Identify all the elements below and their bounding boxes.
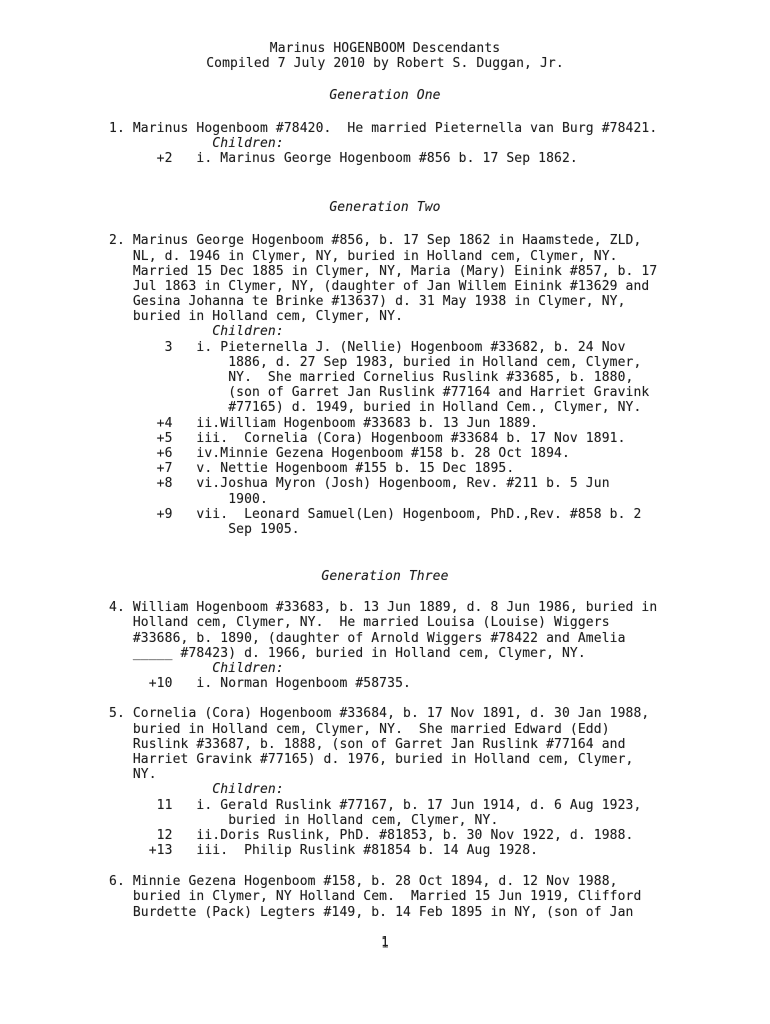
descendant-entry-block: 5. Cornelia (Cora) Hogenboom #33684, b. … (0, 706, 770, 858)
generation-heading-block: Generation Two (0, 200, 770, 215)
children-label: Children: (0, 661, 770, 676)
text-line: +9 vii. Leonard Samuel(Len) Hogenboom, P… (0, 507, 770, 522)
text-line: +4 ii.William Hogenboom #33683 b. 13 Jun… (0, 416, 770, 431)
document-title-block: Marinus HOGENBOOM DescendantsCompiled 7 … (0, 41, 770, 71)
text-line: 3 i. Pieternella J. (Nellie) Hogenboom #… (0, 340, 770, 355)
text-line: 2. Marinus George Hogenboom #856, b. 17 … (0, 233, 770, 248)
text-line: Gesina Johanna te Brinke #13637) d. 31 M… (0, 294, 770, 309)
page-number: 1 (0, 935, 770, 950)
text-line: Harriet Gravink #77165) d. 1976, buried … (0, 752, 770, 767)
text-line: 5. Cornelia (Cora) Hogenboom #33684, b. … (0, 706, 770, 721)
text-line: NL, d. 1946 in Clymer, NY, buried in Hol… (0, 249, 770, 264)
page-number-block: 1 (0, 935, 770, 950)
document-title: Marinus HOGENBOOM Descendants (0, 41, 770, 56)
text-line: 6. Minnie Gezena Hogenboom #158, b. 28 O… (0, 874, 770, 889)
descendant-entry-block: 4. William Hogenboom #33683, b. 13 Jun 1… (0, 600, 770, 691)
text-line: Sep 1905. (0, 522, 770, 537)
text-line: +8 vi.Joshua Myron (Josh) Hogenboom, Rev… (0, 476, 770, 491)
text-line: buried in Holland cem, Clymer, NY. (0, 309, 770, 324)
generation-heading: Generation One (0, 88, 770, 103)
text-line: 1900. (0, 492, 770, 507)
text-line: NY. She married Cornelius Ruslink #33685… (0, 370, 770, 385)
text-line: #77165) d. 1949, buried in Holland Cem.,… (0, 400, 770, 415)
text-line: #33686, b. 1890, (daughter of Arnold Wig… (0, 631, 770, 646)
text-line: _____ #78423) d. 1966, buried in Holland… (0, 646, 770, 661)
text-line: buried in Holland cem, Clymer, NY. (0, 813, 770, 828)
text-line: Holland cem, Clymer, NY. He married Loui… (0, 615, 770, 630)
text-line: +10 i. Norman Hogenboom #58735. (0, 676, 770, 691)
text-line: NY. (0, 767, 770, 782)
document-subtitle: Compiled 7 July 2010 by Robert S. Duggan… (0, 56, 770, 71)
text-line: buried in Holland cem, Clymer, NY. She m… (0, 722, 770, 737)
descendant-entry-block: 2. Marinus George Hogenboom #856, b. 17 … (0, 233, 770, 537)
text-line: +5 iii. Cornelia (Cora) Hogenboom #33684… (0, 431, 770, 446)
text-line: +6 iv.Minnie Gezena Hogenboom #158 b. 28… (0, 446, 770, 461)
text-line: +7 v. Nettie Hogenboom #155 b. 15 Dec 18… (0, 461, 770, 476)
text-line: (son of Garret Jan Ruslink #77164 and Ha… (0, 385, 770, 400)
generation-heading: Generation Two (0, 200, 770, 215)
text-line: Burdette (Pack) Legters #149, b. 14 Feb … (0, 905, 770, 920)
text-line: buried in Clymer, NY Holland Cem. Marrie… (0, 889, 770, 904)
text-line: Married 15 Dec 1885 in Clymer, NY, Maria… (0, 264, 770, 279)
children-label: Children: (0, 136, 770, 151)
text-line: 1. Marinus Hogenboom #78420. He married … (0, 121, 770, 136)
document-page: Marinus HOGENBOOM DescendantsCompiled 7 … (0, 0, 770, 1024)
text-line: Ruslink #33687, b. 1888, (son of Garret … (0, 737, 770, 752)
descendant-entry-block: 1. Marinus Hogenboom #78420. He married … (0, 121, 770, 167)
text-line: 11 i. Gerald Ruslink #77167, b. 17 Jun 1… (0, 798, 770, 813)
children-label: Children: (0, 324, 770, 339)
text-line: +2 i. Marinus George Hogenboom #856 b. 1… (0, 151, 770, 166)
text-line: Jul 1863 in Clymer, NY, (daughter of Jan… (0, 279, 770, 294)
children-label: Children: (0, 782, 770, 797)
text-line: +13 iii. Philip Ruslink #81854 b. 14 Aug… (0, 843, 770, 858)
text-line: 4. William Hogenboom #33683, b. 13 Jun 1… (0, 600, 770, 615)
generation-heading-block: Generation Three (0, 569, 770, 584)
generation-heading: Generation Three (0, 569, 770, 584)
generation-heading-block: Generation One (0, 88, 770, 103)
text-line: 1886, d. 27 Sep 1983, buried in Holland … (0, 355, 770, 370)
document-body: Marinus HOGENBOOM DescendantsCompiled 7 … (0, 0, 770, 950)
descendant-entry-block: 6. Minnie Gezena Hogenboom #158, b. 28 O… (0, 874, 770, 920)
text-line: 12 ii.Doris Ruslink, PhD. #81853, b. 30 … (0, 828, 770, 843)
